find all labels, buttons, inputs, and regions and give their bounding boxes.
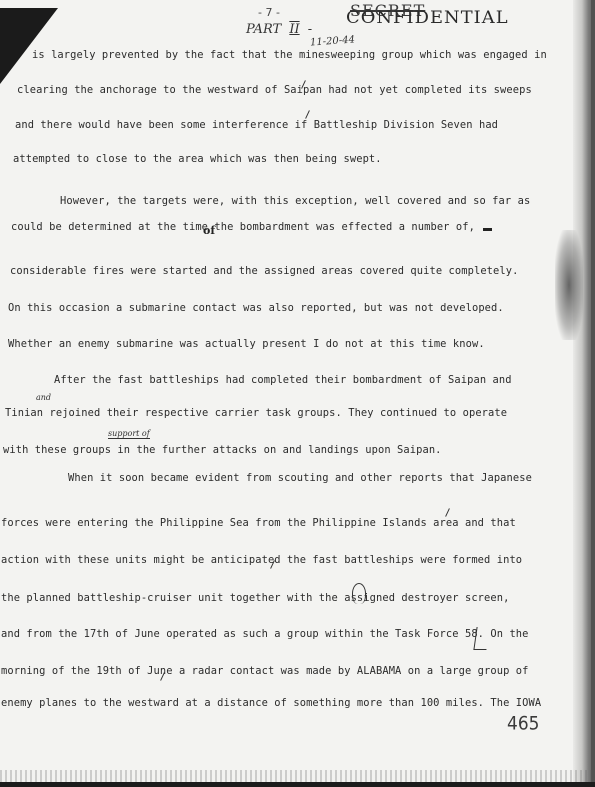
document-page: - 7 - SECRET CONFIDENTIAL PART II - 11-2…	[0, 0, 595, 787]
text-line: Tinian rejoined their respective carrier…	[5, 407, 507, 419]
struck-word: of	[203, 224, 215, 237]
text-line: considerable fires were started and the …	[10, 265, 518, 277]
page-marker: - 7 -	[258, 6, 280, 19]
handwritten-part-label: PART II -	[246, 22, 312, 37]
text-line: and there would have been some interfere…	[15, 119, 498, 131]
scan-edge-bottom	[0, 782, 595, 787]
text-line: and from the 17th of June operated as su…	[1, 628, 529, 640]
text-line: On this occasion a submarine contact was…	[8, 302, 504, 314]
text-line: morning of the 19th of June a radar cont…	[1, 665, 529, 677]
scan-blotch	[555, 230, 583, 340]
text-line: action with these units might be anticip…	[1, 554, 522, 566]
paragraph-break-mark	[473, 627, 489, 650]
inserted-and: and	[36, 393, 51, 402]
text-line: When it soon became evident from scoutin…	[68, 472, 532, 484]
inserted-support-of: support of	[108, 429, 150, 439]
text-line: enemy planes to the westward at a distan…	[1, 697, 541, 709]
part-numeral: II	[285, 22, 303, 37]
text-line: could be determined at the time the bomb…	[11, 221, 475, 233]
text-line: Whether an enemy submarine was actually …	[8, 338, 485, 350]
text-line: attempted to close to the area which was…	[13, 153, 382, 165]
text-line: However, the targets were, with this exc…	[60, 195, 530, 207]
corner-black-triangle	[0, 8, 58, 84]
text-line: After the fast battleships had completed…	[54, 374, 512, 386]
text-line: is largely prevented by the fact that th…	[32, 49, 547, 61]
scan-noise-bottom	[0, 770, 595, 782]
scan-edge-right	[573, 0, 595, 787]
text-line: the planned battleship-cruiser unit toge…	[1, 592, 509, 604]
handwritten-correction-loop	[352, 583, 366, 604]
handwritten-dash	[483, 228, 492, 231]
inserted-comma-mark	[445, 508, 450, 517]
text-line: forces were entering the Philippine Sea …	[1, 517, 516, 529]
part-separator: -	[308, 22, 312, 37]
text-line: clearing the anchorage to the westward o…	[17, 84, 532, 96]
page-number: 465	[507, 713, 539, 735]
part-prefix: PART	[246, 22, 281, 37]
inserted-comma-mark	[305, 110, 310, 119]
classification-stamp: CONFIDENTIAL	[346, 8, 509, 28]
handwritten-date: 11-20-44	[310, 34, 356, 48]
text-line: with these groups in the further attacks…	[3, 444, 442, 456]
